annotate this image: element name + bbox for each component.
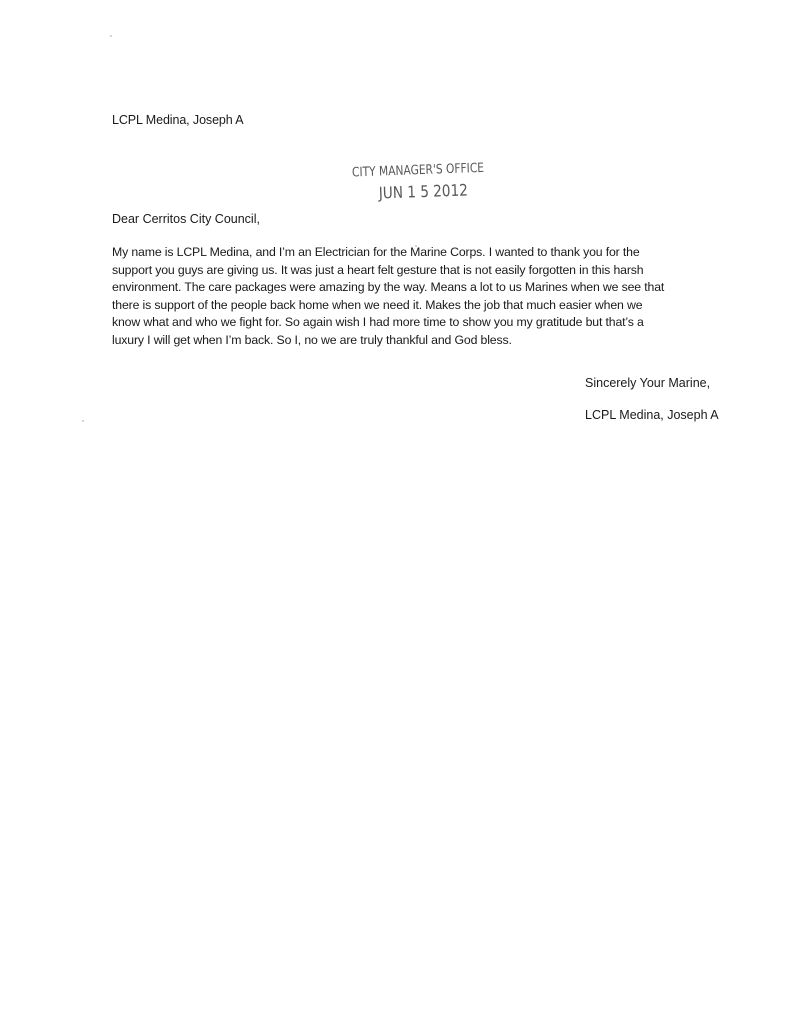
body-line: environment. The care packages were amaz…: [112, 279, 712, 297]
body-line: know what and who we fight for. So again…: [112, 314, 712, 332]
body-line: My name is LCPL Medina, and I’m an Elect…: [112, 244, 712, 262]
body-line: support you guys are giving us. It was j…: [112, 262, 712, 280]
letter-page: LCPL Medina, Joseph A CITY MANAGER'S OFF…: [0, 0, 791, 1024]
body-line: there is support of the people back home…: [112, 297, 712, 315]
scan-speck: [82, 420, 84, 422]
body-line: luxury I will get when I’m back. So I, n…: [112, 332, 712, 350]
stamp-organization: CITY MANAGER'S OFFICE: [352, 161, 484, 181]
received-stamp: CITY MANAGER'S OFFICE JUN 1 5 2012: [347, 160, 498, 203]
salutation: Dear Cerritos City Council,: [112, 212, 260, 226]
closing: Sincerely Your Marine,: [585, 376, 710, 390]
signature: LCPL Medina, Joseph A: [585, 408, 719, 422]
scan-speck: [110, 35, 112, 37]
letter-body: My name is LCPL Medina, and I’m an Elect…: [112, 244, 712, 349]
sender-name: LCPL Medina, Joseph A: [112, 113, 244, 127]
stamp-date: JUN 1 5 2012: [359, 180, 487, 203]
